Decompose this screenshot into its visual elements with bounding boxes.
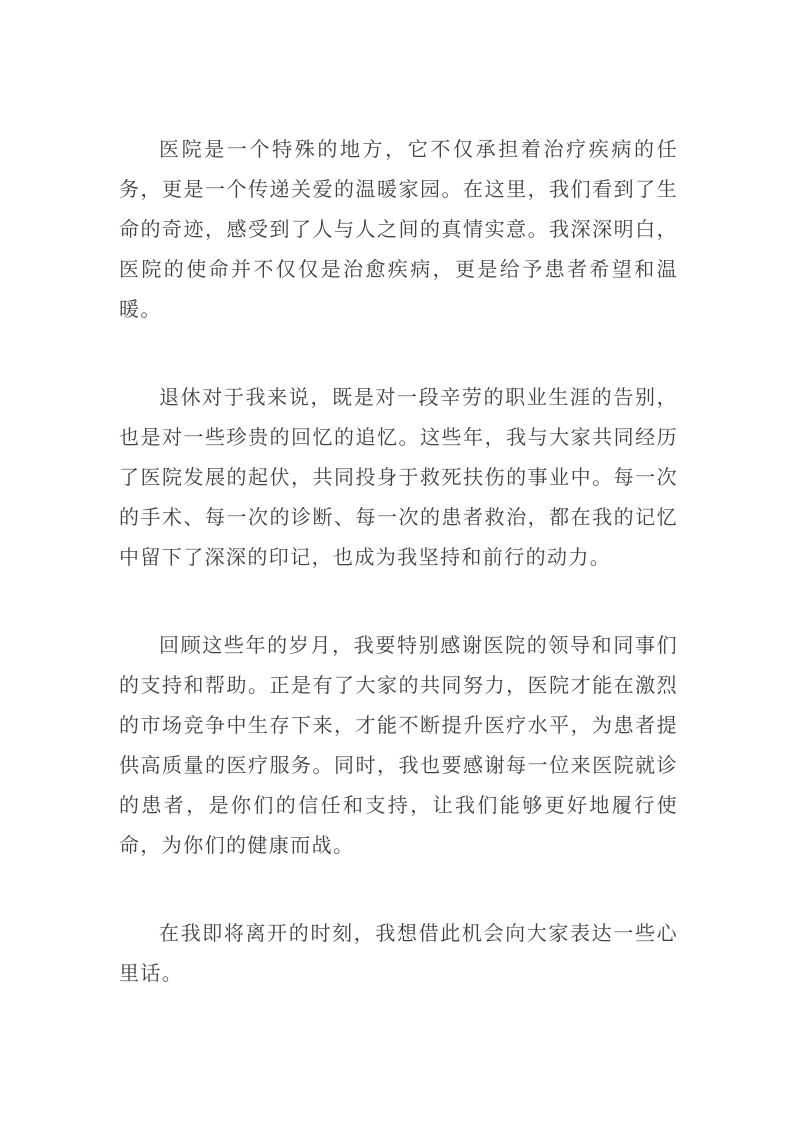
paragraph: 回顾这些年的岁月，我要特别感谢医院的领导和同事们的支持和帮助。正是有了大家的共同… (119, 626, 678, 866)
paragraph: 退休对于我来说，既是对一段辛劳的职业生涯的告别，也是对一些珍贵的回忆的追忆。这些… (119, 378, 678, 578)
document-body: 医院是一个特殊的地方，它不仅承担着治疗疾病的任务，更是一个传递关爱的温暖家园。在… (119, 130, 678, 994)
paragraph: 在我即将离开的时刻，我想借此机会向大家表达一些心里话。 (119, 914, 678, 994)
document-page: 医院是一个特殊的地方，它不仅承担着治疗疾病的任务，更是一个传递关爱的温暖家园。在… (0, 0, 793, 1122)
paragraph: 医院是一个特殊的地方，它不仅承担着治疗疾病的任务，更是一个传递关爱的温暖家园。在… (119, 130, 678, 330)
